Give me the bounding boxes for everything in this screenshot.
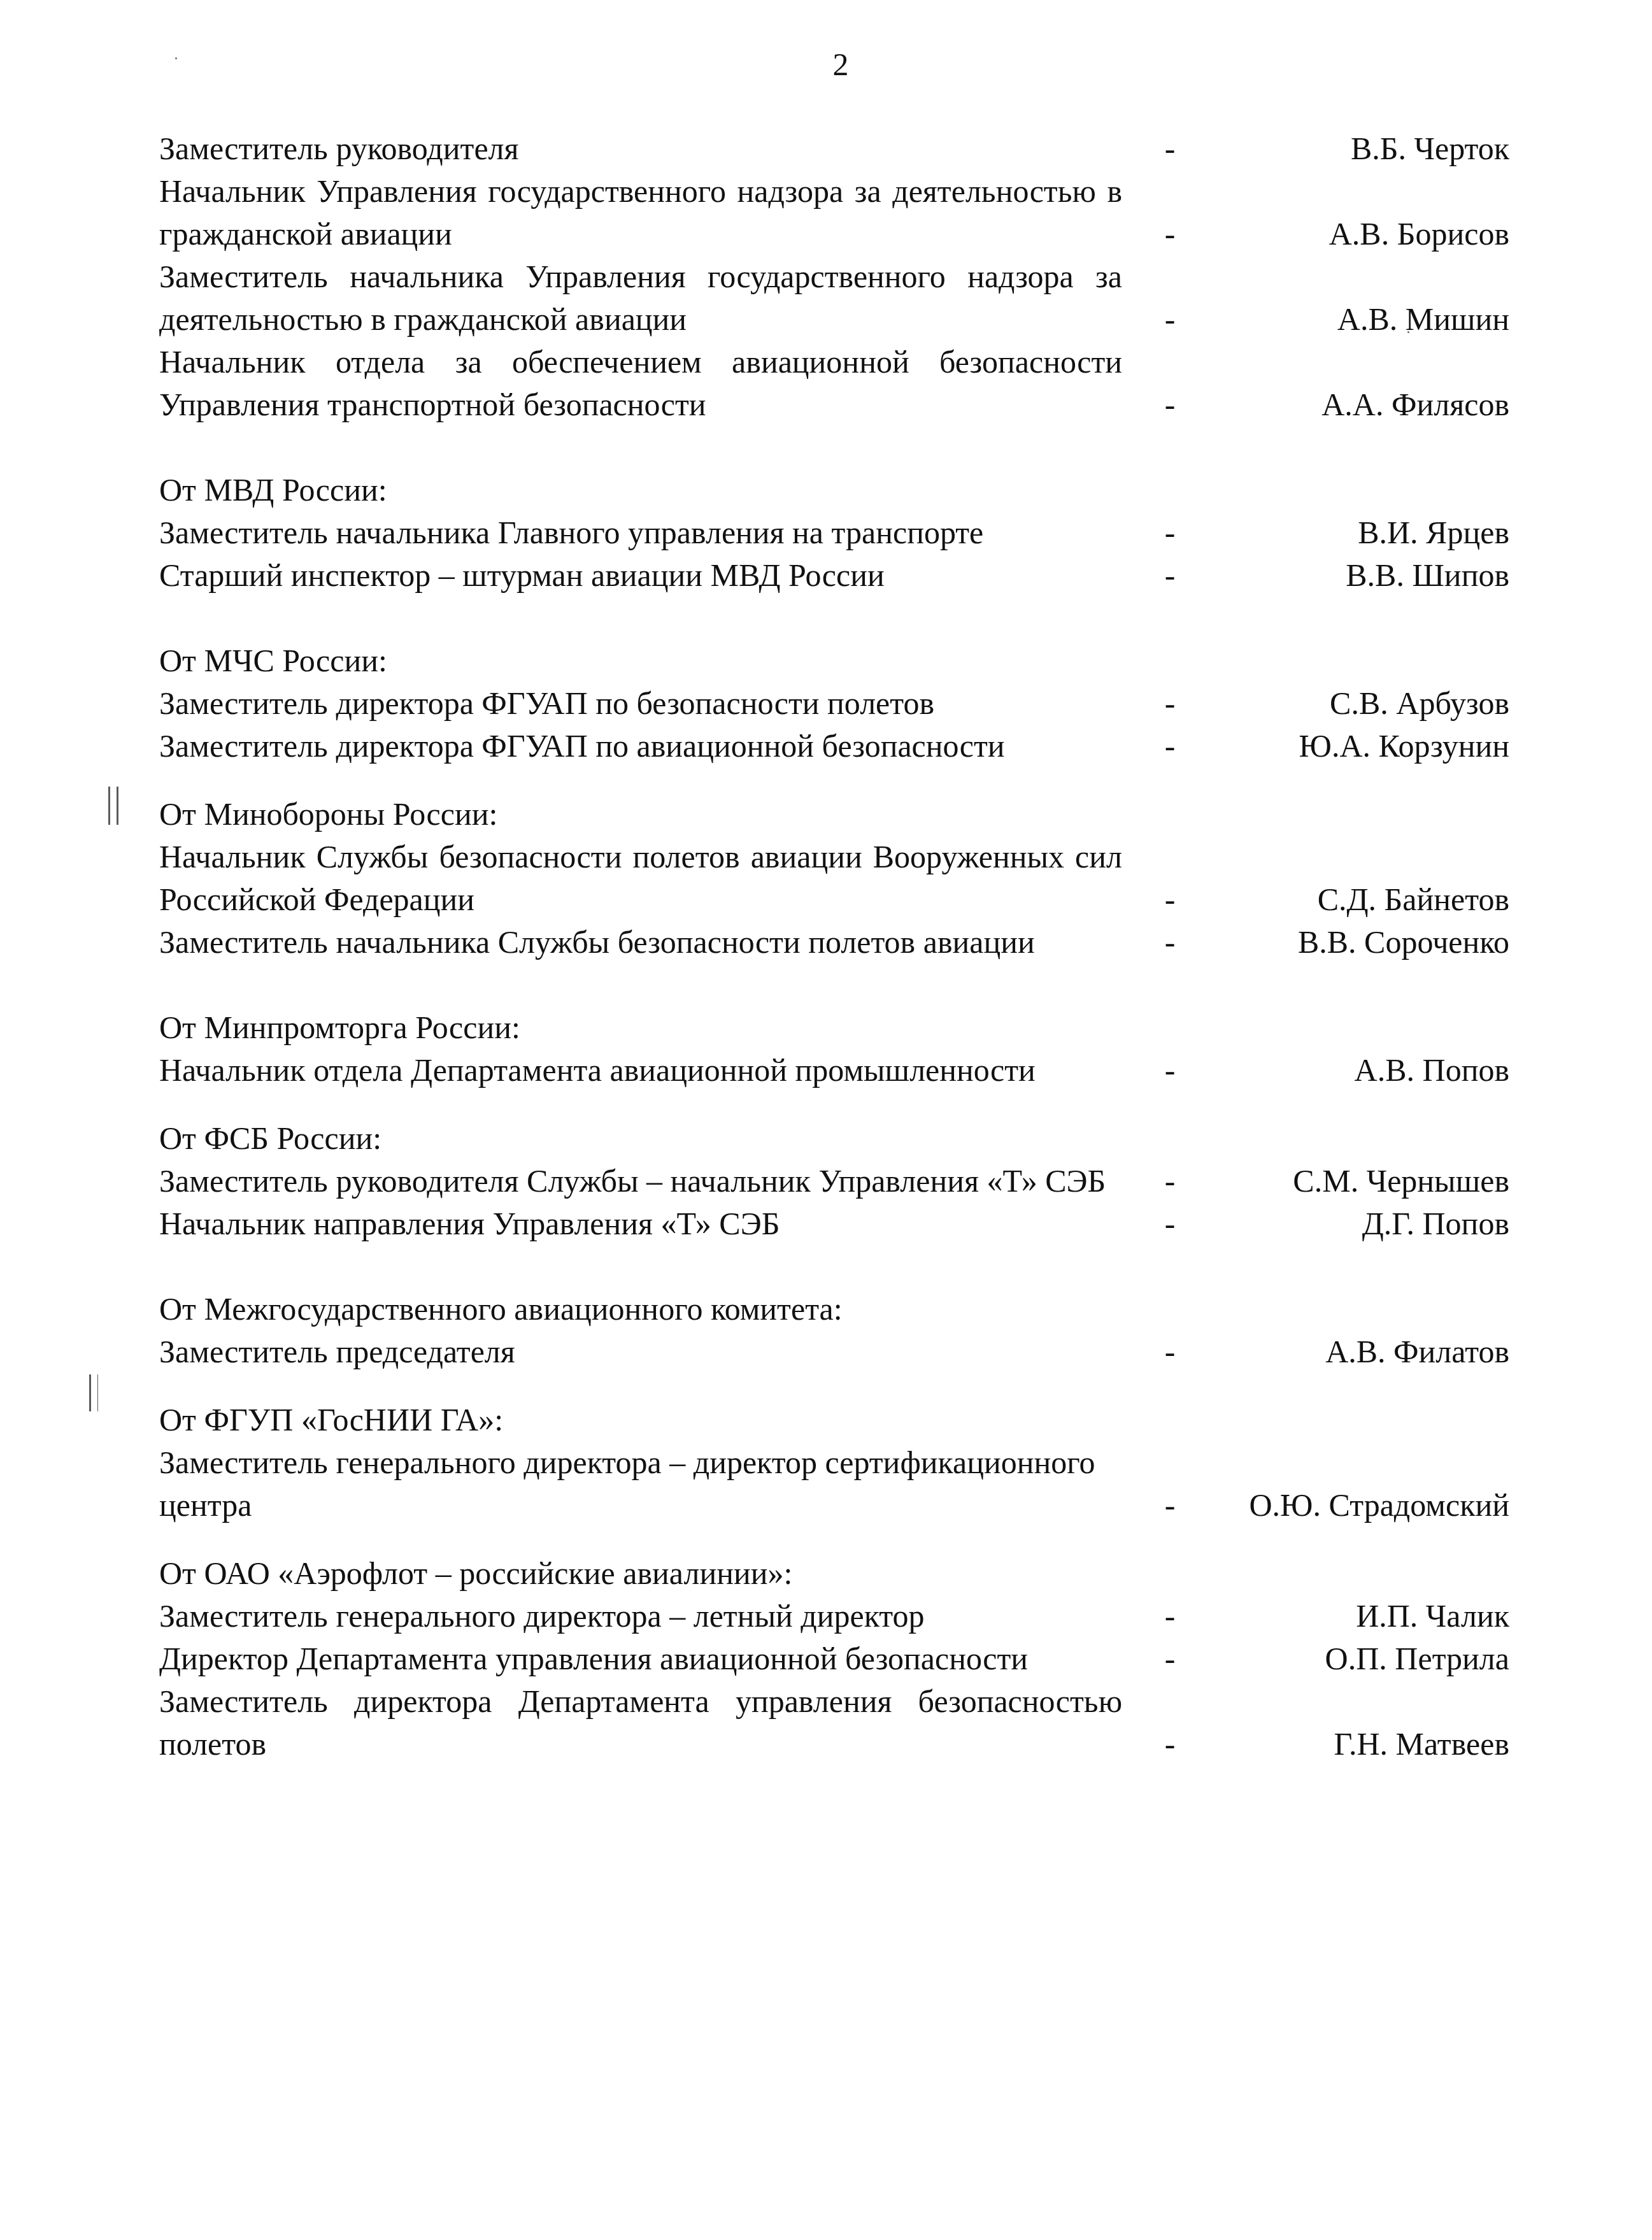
separator-dash: -: [1122, 1160, 1205, 1202]
position-title: Заместитель директора ФГУАП по безопасно…: [159, 682, 1122, 725]
position-title: Заместитель руководителя: [159, 127, 1122, 170]
position-title: Заместитель председателя: [159, 1330, 1122, 1373]
position-title: Заместитель начальника Управления госуда…: [159, 255, 1122, 341]
participant-section: От ФСБ России:Заместитель руководителя С…: [159, 1117, 1509, 1245]
participant-section: Заместитель руководителя-В.Б. ЧертокНача…: [159, 127, 1509, 426]
position-title: Заместитель директора ФГУАП по авиационн…: [159, 725, 1122, 767]
separator-dash: -: [1122, 878, 1205, 921]
participant-section: От Минпромторга России:Начальник отдела …: [159, 1006, 1509, 1092]
participant-name: С.В. Арбузов: [1205, 682, 1509, 725]
page-number: 2: [0, 43, 1652, 86]
position-title: Заместитель руководителя Службы – началь…: [159, 1160, 1122, 1202]
participant-name: С.М. Чернышев: [1205, 1160, 1509, 1202]
position-title: Заместитель директора Департамента управ…: [159, 1680, 1122, 1766]
participant-name: В.И. Ярцев: [1205, 511, 1509, 554]
participant-section: От Межгосударственного авиационного коми…: [159, 1288, 1509, 1373]
separator-dash: -: [1122, 554, 1205, 597]
participant-section: От Минобороны России:Начальник Службы бе…: [159, 793, 1509, 964]
position-title: Начальник Службы безопасности полетов ав…: [159, 836, 1122, 921]
participant-entry: Старший инспектор – штурман авиации МВД …: [159, 554, 1509, 597]
separator-dash: -: [1122, 383, 1205, 426]
separator-dash: -: [1122, 725, 1205, 767]
position-title: Начальник Управления государственного на…: [159, 170, 1122, 255]
organization-header: От МВД России:: [159, 469, 1509, 511]
separator-dash: -: [1122, 511, 1205, 554]
separator-dash: -: [1122, 298, 1205, 341]
participant-entry: Заместитель председателя-А.В. Филатов: [159, 1330, 1509, 1373]
position-title: Начальник направления Управления «Т» СЭБ: [159, 1202, 1122, 1245]
participant-entry: Заместитель начальника Службы безопаснос…: [159, 921, 1509, 964]
organization-header: От ФГУП «ГосНИИ ГА»:: [159, 1399, 1509, 1441]
participant-name: Ю.А. Корзунин: [1205, 725, 1509, 767]
participant-entry: Начальник отдела за обеспечением авиацио…: [159, 341, 1509, 426]
participant-entry: Начальник Службы безопасности полетов ав…: [159, 836, 1509, 921]
participant-entry: Заместитель директора ФГУАП по безопасно…: [159, 682, 1509, 725]
participant-section: От ОАО «Аэрофлот – российские авиалинии»…: [159, 1552, 1509, 1766]
participant-name: И.П. Чалик: [1205, 1595, 1509, 1637]
position-title: Начальник отдела за обеспечением авиацио…: [159, 341, 1122, 426]
position-title: Старший инспектор – штурман авиации МВД …: [159, 554, 1122, 597]
participant-entry: Заместитель руководителя Службы – началь…: [159, 1160, 1509, 1202]
participant-name: О.Ю. Страдомский: [1205, 1484, 1509, 1527]
separator-dash: -: [1122, 1637, 1205, 1680]
participant-entry: Начальник отдела Департамента авиационно…: [159, 1049, 1509, 1092]
participant-name: С.Д. Байнетов: [1205, 878, 1509, 921]
participant-entry: Начальник направления Управления «Т» СЭБ…: [159, 1202, 1509, 1245]
margin-mark: [108, 787, 118, 825]
participant-entry: Заместитель директора Департамента управ…: [159, 1680, 1509, 1766]
separator-dash: -: [1122, 1595, 1205, 1637]
position-title: Заместитель начальника Главного управлен…: [159, 511, 1122, 554]
participant-section: От МЧС России:Заместитель директора ФГУА…: [159, 639, 1509, 767]
participant-entry: Заместитель руководителя-В.Б. Черток: [159, 127, 1509, 170]
position-title: Начальник отдела Департамента авиационно…: [159, 1049, 1122, 1092]
position-title: Заместитель генерального директора – лет…: [159, 1595, 1122, 1637]
participant-entry: Заместитель начальника Главного управлен…: [159, 511, 1509, 554]
separator-dash: -: [1122, 1484, 1205, 1527]
participant-entry: Начальник Управления государственного на…: [159, 170, 1509, 255]
participant-name: А.В. Мишин: [1205, 298, 1509, 341]
participant-entry: Заместитель генерального директора – лет…: [159, 1595, 1509, 1637]
margin-mark: [89, 1374, 98, 1411]
participant-name: В.В. Шипов: [1205, 554, 1509, 597]
separator-dash: -: [1122, 1330, 1205, 1373]
separator-dash: -: [1122, 1202, 1205, 1245]
participant-name: Д.Г. Попов: [1205, 1202, 1509, 1245]
organization-header: От Минпромторга России:: [159, 1006, 1509, 1049]
organization-header: От ОАО «Аэрофлот – российские авиалинии»…: [159, 1552, 1509, 1595]
participant-entry: Заместитель начальника Управления госуда…: [159, 255, 1509, 341]
separator-dash: -: [1122, 682, 1205, 725]
participant-name: Г.Н. Матвеев: [1205, 1723, 1509, 1766]
position-title: Заместитель начальника Службы безопаснос…: [159, 921, 1122, 964]
position-title: Директор Департамента управления авиацио…: [159, 1637, 1122, 1680]
participant-name: О.П. Петрила: [1205, 1637, 1509, 1680]
participant-name: А.А. Филясов: [1205, 383, 1509, 426]
position-title: Заместитель генерального директора – дир…: [159, 1441, 1122, 1527]
participant-section: От МВД России:Заместитель начальника Гла…: [159, 469, 1509, 597]
participants-list: Заместитель руководителя-В.Б. ЧертокНача…: [159, 127, 1509, 1808]
participant-entry: Директор Департамента управления авиацио…: [159, 1637, 1509, 1680]
organization-header: От МЧС России:: [159, 639, 1509, 682]
separator-dash: -: [1122, 127, 1205, 170]
organization-header: От ФСБ России:: [159, 1117, 1509, 1160]
scan-speck: [175, 57, 177, 59]
participant-name: В.Б. Черток: [1205, 127, 1509, 170]
organization-header: От Межгосударственного авиационного коми…: [159, 1288, 1509, 1330]
participant-entry: Заместитель генерального директора – дир…: [159, 1441, 1509, 1527]
participant-name: А.В. Филатов: [1205, 1330, 1509, 1373]
separator-dash: -: [1122, 213, 1205, 255]
separator-dash: -: [1122, 921, 1205, 964]
separator-dash: -: [1122, 1723, 1205, 1766]
participant-name: А.В. Попов: [1205, 1049, 1509, 1092]
organization-header: От Минобороны России:: [159, 793, 1509, 836]
participant-section: От ФГУП «ГосНИИ ГА»:Заместитель генераль…: [159, 1399, 1509, 1527]
separator-dash: -: [1122, 1049, 1205, 1092]
participant-entry: Заместитель директора ФГУАП по авиационн…: [159, 725, 1509, 767]
participant-name: В.В. Сороченко: [1205, 921, 1509, 964]
participant-name: А.В. Борисов: [1205, 213, 1509, 255]
